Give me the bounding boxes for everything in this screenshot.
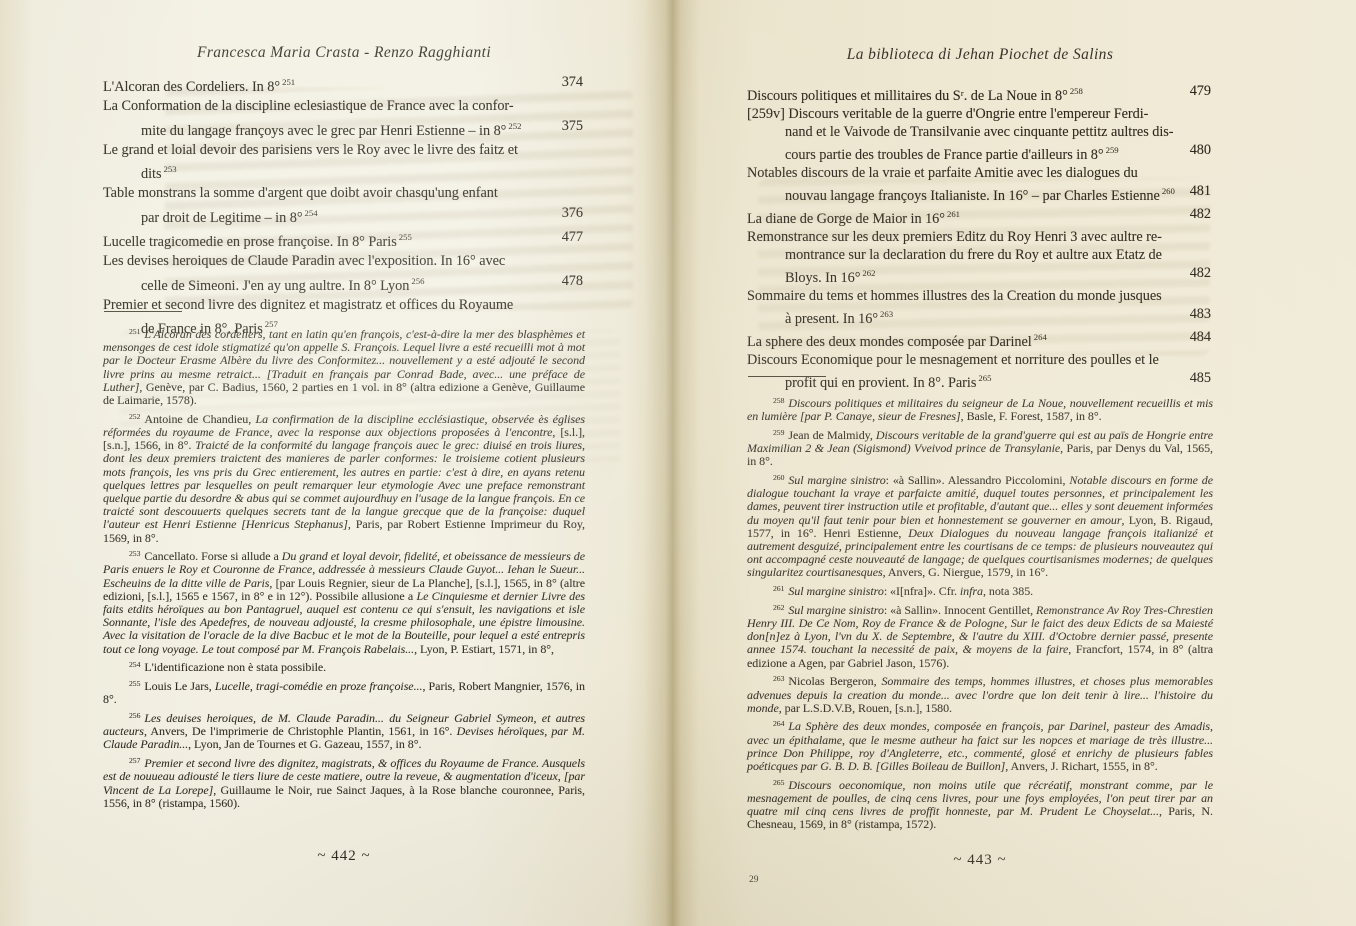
inventory-number: 484 [1190, 328, 1211, 346]
footnote: 252Antoine de Chandieu, La confirmation … [103, 410, 585, 545]
catalogue-entry-line: Discours politiques et millitaires du Sʳ… [747, 82, 1213, 105]
entry-text: [259v] Discours veritable de la guerre d… [747, 106, 1148, 122]
inventory-number: 482 [1190, 205, 1211, 223]
footnote-text: , par L.S.D.V.B, Rouen, [s.n.], 1580. [779, 701, 952, 715]
footnote: 251L'Alcoran des cordeliers, tant en lat… [103, 325, 585, 407]
footnote-number: 264 [773, 719, 784, 728]
entry-text: Bloys. In 16° [785, 270, 860, 286]
footnote-text: , Anvers, J. Richart, 1555, in 8°. [1005, 759, 1157, 773]
cited-title-text: Sul margine sinistro [788, 473, 885, 487]
entry-text: Table monstrans la somme d'argent que do… [103, 185, 498, 201]
entry-text: dits [141, 166, 161, 182]
footnote: 262Sul margine sinistro: «à Sallin». Inn… [747, 601, 1213, 670]
footnote-text: Antoine de Chandieu, [144, 412, 255, 426]
entry-text: La diane de Gorge de Maior in 16° [747, 211, 945, 227]
entry-text: Le grand et loial devoir des parisiens v… [103, 142, 518, 158]
catalogue-entry-line: Table monstrans la somme d'argent que do… [103, 184, 585, 203]
footnote: 256Les deuises heroiques, de M. Claude P… [103, 709, 585, 752]
folio-page-number-left: ~ 442 ~ [103, 848, 585, 865]
catalogue-entry-line: La sphere des deux mondes composée par D… [747, 328, 1213, 351]
entry-text: Discours Economique pour le mesnagement … [747, 352, 1159, 368]
footnote-text: Jean de Malmidy, [788, 428, 876, 442]
footnote-number: 256 [129, 711, 140, 720]
footnote-number: 258 [773, 396, 784, 405]
cited-title-text: infra [960, 584, 983, 598]
entry-text: Les devises heroiques de Claude Paradin … [103, 253, 505, 269]
catalogue-entry-line: Sommaire du tems et hommes illustres des… [747, 287, 1213, 305]
catalogue-entry-line: celle de Simeoni. J'en ay ung aultre. In… [103, 272, 585, 296]
gutter-shadow [644, 0, 700, 926]
footnote-reference: 258 [1070, 86, 1083, 96]
entry-text: celle de Simeoni. J'en ay ung aultre. In… [141, 278, 409, 294]
footnote-reference: 259 [1106, 145, 1119, 155]
footnote-reference: 254 [305, 208, 318, 218]
footnote-reference: 265 [978, 373, 991, 383]
footnotes-right: 258Discours politiques et militaires du … [747, 394, 1213, 834]
inventory-number: 478 [562, 272, 583, 291]
footnote-reference: 256 [411, 276, 424, 286]
inventory-number: 483 [1190, 305, 1211, 323]
entry-text: Discours politiques et millitaires du Sʳ… [747, 88, 1068, 104]
catalogue-entry-line: montrance sur la declaration du frere du… [747, 246, 1213, 264]
footnote-separator-rule [748, 376, 826, 377]
catalogue-entry-line: dits253 [103, 160, 585, 184]
catalogue-entry-line: nouvau langage françoys Italianiste. In … [747, 182, 1213, 205]
entry-text: Sommaire du tems et hommes illustres des… [747, 288, 1162, 304]
footnote-reference: 252 [508, 121, 521, 131]
catalogue-entry-line: Premier et second livre des dignitez et … [103, 296, 585, 315]
signature-mark: 29 [749, 875, 759, 885]
catalogue-entry-line: [259v] Discours veritable de la guerre d… [747, 105, 1213, 123]
footnote-text: , Lyon, Jan de Tournes et G. Gazeau, 155… [188, 737, 421, 751]
catalogue-entry-line: Les devises heroiques de Claude Paradin … [103, 252, 585, 271]
footnote-text: , Basle, F. Forest, 1587, in 8°. [961, 409, 1102, 423]
inventory-number: 480 [1190, 141, 1211, 159]
entry-text: à present. In 16° [785, 311, 878, 327]
inventory-number: 477 [562, 228, 583, 247]
footnote: 261Sul margine sinistro: «I[nfra]». Cfr.… [747, 582, 1213, 598]
catalogue-entry-line: La diane de Gorge de Maior in 16°261482 [747, 205, 1213, 228]
footnote-number: 261 [773, 584, 784, 593]
footnote-reference: 260 [1162, 186, 1175, 196]
footnote-reference: 264 [1034, 332, 1047, 342]
footnote-reference: 262 [862, 268, 875, 278]
footnote: 260Sul margine sinistro: «à Sallin». Ale… [747, 471, 1213, 580]
catalogue-entry-line: Remonstrance sur les deux premiers Editz… [747, 228, 1213, 246]
footnote-reference: 255 [399, 232, 412, 242]
footnote-text: , Anvers, G. Niergue, 1579, in 16°. [883, 565, 1048, 579]
footnote-number: 253 [129, 549, 140, 558]
catalogue-entry-line: La Conformation de la discipline eclesia… [103, 97, 585, 116]
footnote-number: 260 [773, 473, 784, 482]
inventory-number: 375 [562, 117, 583, 136]
catalogue-entry-line: L'Alcoran des Cordeliers. In 8°251374 [103, 73, 585, 97]
footnote: 257Premier et second livre des dignitez,… [103, 754, 585, 810]
catalogue-entry-line: profit qui en provient. In 8°. Paris2654… [747, 369, 1213, 392]
entry-text: cours partie des troubles de France part… [785, 147, 1104, 163]
footnote: 254L'identificazione non è stata possibi… [103, 658, 585, 674]
footnote-text: Cancellato. Forse si allude a [144, 549, 281, 563]
footnote-text: , Lyon, P. Estiart, 1571, in 8°, [414, 642, 554, 656]
footnote: 253Cancellato. Forse si allude a Du gran… [103, 547, 585, 656]
entry-text: La Conformation de la discipline eclesia… [103, 98, 514, 114]
entry-text: mite du langage françoys avec le grec pa… [141, 123, 506, 139]
footnote-text: L'identificazione non è stata possibile. [144, 660, 326, 674]
cited-title-text: Discours oeconomique, non moins utile qu… [747, 778, 1213, 818]
entry-text: montrance sur la declaration du frere du… [785, 247, 1162, 263]
footnote: 265Discours oeconomique, non moins utile… [747, 776, 1213, 832]
entry-text: nouvau langage françoys Italianiste. In … [785, 188, 1160, 204]
inventory-number: 485 [1190, 369, 1211, 387]
footnote-reference: 253 [163, 164, 176, 174]
footnote-reference: 263 [880, 309, 893, 319]
footnote-text: Louis Le Jars, [144, 679, 215, 693]
footnote-text: Nicolas Bergeron, [788, 674, 881, 688]
folio-page-number-right: ~ 443 ~ [747, 852, 1213, 869]
entry-text: Notables discours de la vraie et parfait… [747, 165, 1138, 181]
footnote-text: : «à Sallin». Innocent Gentillet, [884, 603, 1036, 617]
footnote-number: 252 [129, 412, 140, 421]
footnote-number: 262 [773, 603, 784, 612]
footnote: 255Louis Le Jars, Lucelle, tragi-comédie… [103, 677, 585, 706]
entry-text: profit qui en provient. In 8°. Paris [785, 375, 976, 391]
catalogue-entry-line: mite du langage françoys avec le grec pa… [103, 117, 585, 141]
footnote: 264La Sphère des deux mondes, composée e… [747, 717, 1213, 773]
inventory-number: 481 [1190, 182, 1211, 200]
footnote: 258Discours politiques et militaires du … [747, 394, 1213, 423]
footnote-number: 259 [773, 428, 784, 437]
cited-title-text: Sul margine sinistro [788, 584, 883, 598]
footnote: 259Jean de Malmidy, Discours veritable d… [747, 426, 1213, 469]
footnote-number: 251 [129, 327, 140, 336]
catalogue-entry-line: Lucelle tragicomedie en prose françoise.… [103, 228, 585, 252]
footnote-reference: 251 [282, 77, 295, 87]
entry-text: La sphere des deux mondes composée par D… [747, 334, 1032, 350]
inventory-number: 479 [1190, 82, 1211, 100]
catalogue-entry-line: nand et le Vaivode de Transilvanie avec … [747, 123, 1213, 141]
footnote-text: , Anvers, De l'imprimerie de Christophle… [144, 724, 457, 738]
footnote-reference: 261 [947, 209, 960, 219]
entry-text: par droit de Legitime – in 8° [141, 210, 303, 226]
footnote-text: : «à Sallin». Alessandro Piccolomini, [886, 473, 1070, 487]
footnote-number: 265 [773, 778, 784, 787]
catalogue-list-left: L'Alcoran des Cordeliers. In 8°251374La … [103, 73, 585, 340]
catalogue-entry-line: Notables discours de la vraie et parfait… [747, 164, 1213, 182]
entry-text: Lucelle tragicomedie en prose françoise.… [103, 234, 397, 250]
footnote-text: , nota 385. [983, 584, 1033, 598]
inventory-number: 482 [1190, 264, 1211, 282]
catalogue-entry-line: Discours Economique pour le mesnagement … [747, 351, 1213, 369]
footnote-text: : «I[nfra]». Cfr. [884, 584, 960, 598]
catalogue-entry-line: cours partie des troubles de France part… [747, 141, 1213, 164]
entry-text: Remonstrance sur les deux premiers Editz… [747, 229, 1162, 245]
footnotes-left: 251L'Alcoran des cordeliers, tant en lat… [103, 325, 585, 812]
catalogue-entry-line: à present. In 16°263483 [747, 305, 1213, 328]
catalogue-entry-line: Le grand et loial devoir des parisiens v… [103, 141, 585, 160]
catalogue-entry-line: par droit de Legitime – in 8°254376 [103, 204, 585, 228]
footnote-number: 254 [129, 660, 140, 669]
cited-title-text: Sul margine sinistro [788, 603, 884, 617]
entry-text: nand et le Vaivode de Transilvanie avec … [785, 124, 1174, 140]
entry-text: L'Alcoran des Cordeliers. In 8° [103, 79, 280, 95]
catalogue-entry-line: Bloys. In 16°262482 [747, 264, 1213, 287]
inventory-number: 374 [562, 73, 583, 92]
running-head-left: Francesca Maria Crasta - Renzo Ragghiant… [103, 44, 585, 62]
cited-title-text: Lucelle, tragi-comédie en proze françois… [215, 679, 423, 693]
footnote: 263Nicolas Bergeron, Sommaire des temps,… [747, 672, 1213, 715]
catalogue-list-right: Discours politiques et millitaires du Sʳ… [747, 82, 1213, 392]
inventory-number: 376 [562, 204, 583, 223]
footnote-number: 263 [773, 674, 784, 683]
footnote-text: , Genève, par C. Badius, 1560, 2 parties… [103, 380, 585, 407]
footnote-number: 255 [129, 679, 140, 688]
footnote-number: 257 [129, 756, 140, 765]
running-head-right: La biblioteca di Jehan Piochet de Salins [747, 46, 1213, 64]
footnote-separator-rule [104, 311, 182, 312]
